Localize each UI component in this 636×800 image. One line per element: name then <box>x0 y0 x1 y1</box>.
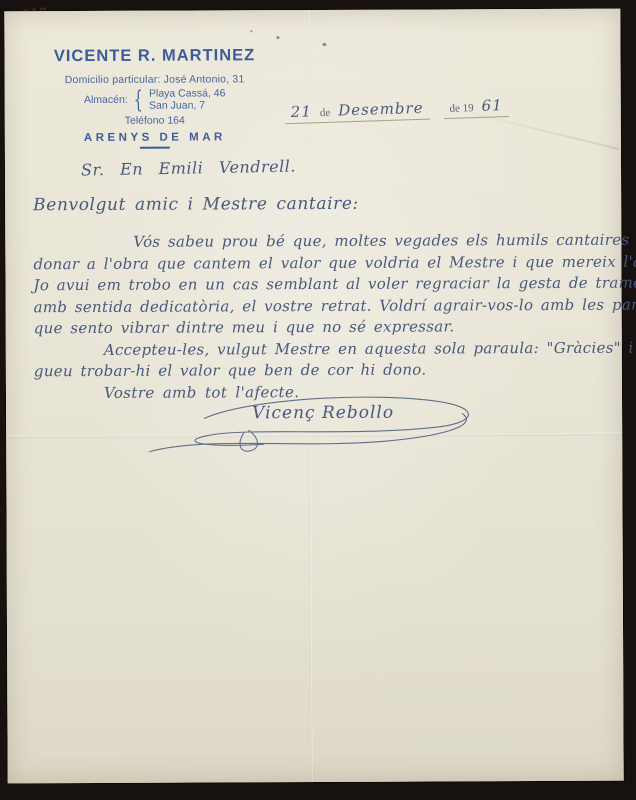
recipient-line: Sr. En Emili Vendrell. <box>81 157 296 180</box>
letterhead-address: Domicilio particular: José Antonio, 31 <box>47 73 263 86</box>
ink-speck <box>322 43 326 46</box>
handwritten-line: que sento vibrar dintre meu i que no sé … <box>34 316 616 340</box>
brace-glyph: { <box>134 88 143 112</box>
handwritten-line: Jo avui em trobo en un cas semblant al v… <box>33 273 615 297</box>
signature: Vicenç Rebollo <box>144 387 494 459</box>
letterhead-phone: Teléfono 164 <box>47 114 263 127</box>
handwritten-line: donar a l'obra que cantem el valor que v… <box>33 251 615 275</box>
signature-name: Vicenç Rebollo <box>252 403 394 424</box>
handwritten-line: Accepteu-les, vulgut Mestre en aquesta s… <box>34 337 616 361</box>
date-month: Desembre <box>338 99 424 120</box>
warehouse-line-1: Playa Cassá, 46 <box>149 87 226 99</box>
warehouse-line-2: San Juan, 7 <box>149 99 226 111</box>
handwritten-line: Vós sabeu prou bé que, moltes vegades el… <box>33 230 615 254</box>
letter-paper: VICENTE R. MARTINEZ Domicilio particular… <box>4 9 623 784</box>
letter-body: Vós sabeu prou bé que, moltes vegades el… <box>33 230 616 405</box>
handwritten-line: gueu trobar-hi el valor que ben de cor h… <box>34 359 616 383</box>
printed-de-19: de 19 <box>449 102 474 116</box>
warehouse-label: Almacén: <box>84 94 128 106</box>
city-underline <box>140 147 170 149</box>
ink-speck <box>276 36 279 39</box>
date-year-group: de 19 61 <box>443 96 509 119</box>
letterhead-warehouse: Almacén: { Playa Cassá, 46 San Juan, 7 <box>47 87 263 112</box>
ink-speck <box>250 30 252 32</box>
letterhead: VICENTE R. MARTINEZ Domicilio particular… <box>46 46 262 149</box>
letterhead-city: ARENYS DE MAR <box>47 131 263 144</box>
letterhead-name: VICENTE R. MARTINEZ <box>46 46 262 66</box>
salutation-line: Benvolgut amic i Mestre cantaire: <box>33 194 359 215</box>
date-day-month-group: 21 de Desembre <box>284 99 429 125</box>
signature-flourish: Vicenç Rebollo <box>144 387 494 459</box>
date-day: 21 <box>290 102 312 121</box>
handwritten-line: amb sentida dedicatòria, el vostre retra… <box>34 294 616 318</box>
date-year-suffix: 61 <box>481 96 503 115</box>
date-line: 21 de Desembre de 19 61 <box>284 96 509 124</box>
printed-de: de <box>320 107 331 120</box>
